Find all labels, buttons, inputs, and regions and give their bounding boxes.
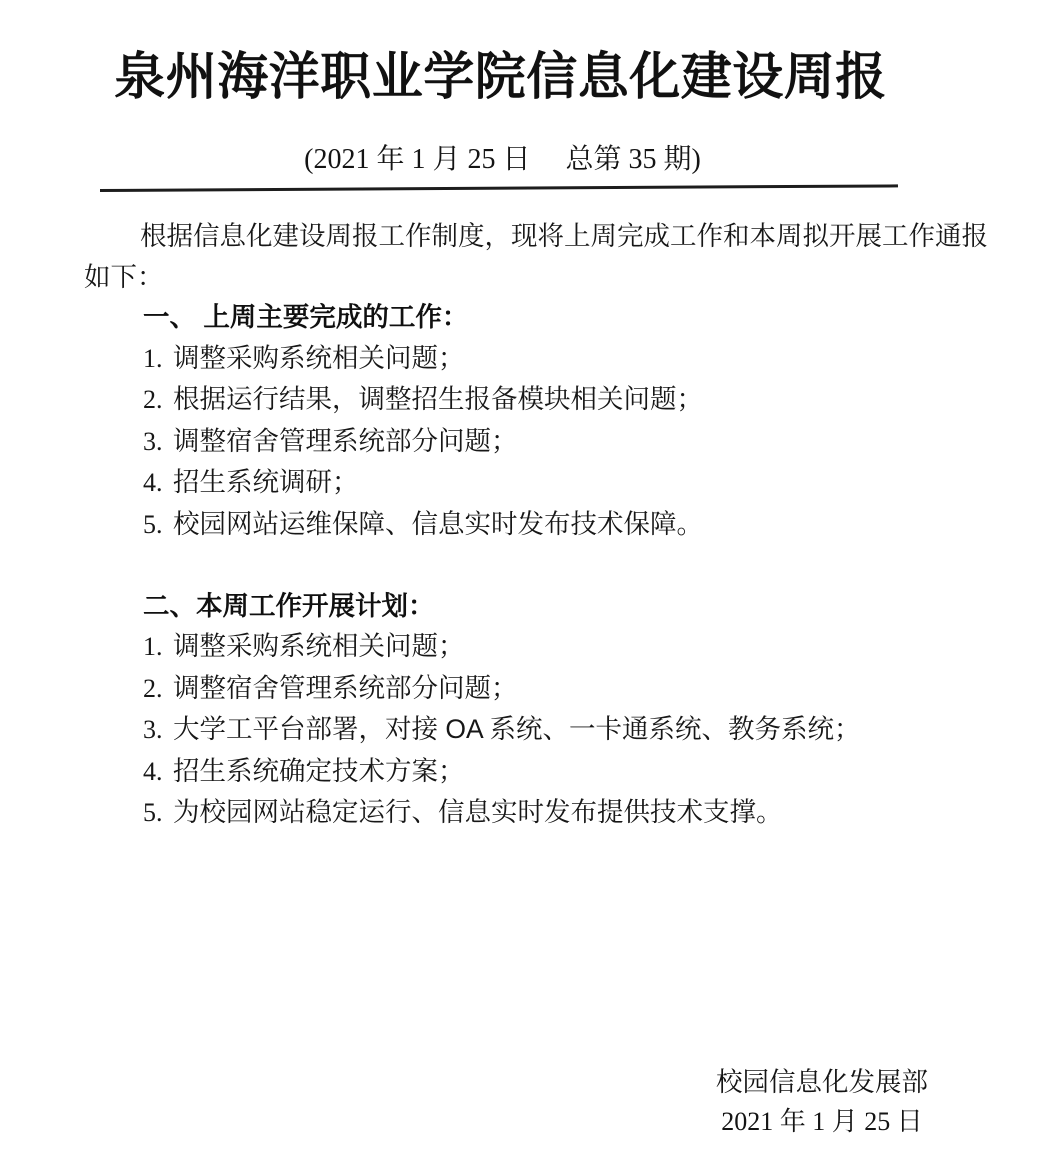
- section-2-item-3: 3.大学工平台部署，对接 OA 系统、一卡通系统、教务系统；: [84, 709, 974, 751]
- section-2-item-5: 5.为校园网站稳定运行、信息实时发布提供技术支撑。: [84, 792, 974, 834]
- item-text: 大学工平台部署，对接 OA 系统、一卡通系统、教务系统；: [173, 709, 861, 750]
- section-1-item-5: 5.校园网站运维保障、信息实时发布技术保障。: [84, 504, 974, 546]
- section-2-item-4: 4.招生系统确定技术方案；: [84, 751, 974, 793]
- section-2-item-1: 1.调整采购系统相关问题；: [84, 626, 974, 668]
- item-number: 2.: [143, 380, 173, 421]
- section-2-heading: 二、本周工作开展计划：: [84, 586, 974, 627]
- item-number: 1.: [143, 339, 173, 380]
- section-2-item-2: 2.调整宿舍管理系统部分问题；: [84, 668, 974, 710]
- item-text: 校园网站运维保障、信息实时发布技术保障。: [173, 504, 703, 545]
- signature-block: 校园信息化发展部 2021 年 1 月 25 日: [716, 1062, 928, 1142]
- item-number: 5.: [143, 793, 173, 834]
- item-text: 招生系统调研；: [173, 462, 359, 503]
- item-text: 调整采购系统相关问题；: [173, 338, 465, 379]
- item-text: 调整宿舍管理系统部分问题；: [173, 668, 518, 709]
- section-1-item-2: 2.根据运行结果，调整招生报备模块相关问题；: [84, 379, 974, 421]
- item-number: 2.: [143, 669, 173, 710]
- intro-line-2: 如下：: [84, 257, 974, 298]
- section-1-item-1: 1.调整采购系统相关问题；: [84, 338, 974, 380]
- item-number: 3.: [143, 422, 173, 463]
- weekly-report-document: 泉州海洋职业学院信息化建设周报 (2021 年 1 月 25 日 总第 35 期…: [0, 0, 1045, 1176]
- item-text: 根据运行结果，调整招生报备模块相关问题；: [173, 379, 703, 420]
- item-text: 调整宿舍管理系统部分问题；: [173, 421, 518, 462]
- item-text: 招生系统确定技术方案；: [173, 751, 465, 792]
- section-1-heading: 一、 上周主要完成的工作：: [84, 297, 974, 338]
- item-number: 1.: [143, 627, 173, 668]
- section-1-item-3: 3.调整宿舍管理系统部分问题；: [84, 421, 974, 463]
- item-number: 5.: [143, 505, 173, 546]
- item-text: 调整采购系统相关问题；: [173, 626, 465, 667]
- item-number: 3.: [143, 710, 173, 751]
- report-body: 根据信息化建设周报工作制度，现将上周完成工作和本周拟开展工作通报 如下： 一、 …: [84, 216, 974, 834]
- divider-line: [100, 184, 898, 192]
- issue-date-line: (2021 年 1 月 25 日 总第 35 期): [0, 141, 1025, 179]
- signature-department: 校园信息化发展部: [716, 1062, 928, 1102]
- item-text: 为校园网站稳定运行、信息实时发布提供技术支撑。: [173, 792, 783, 833]
- intro-line-1: 根据信息化建设周报工作制度，现将上周完成工作和本周拟开展工作通报: [84, 216, 974, 257]
- section-1-item-4: 4.招生系统调研；: [84, 462, 974, 504]
- item-number: 4.: [143, 752, 173, 793]
- page-title: 泉州海洋职业学院信息化建设周报: [0, 0, 1023, 108]
- signature-date: 2021 年 1 月 25 日: [716, 1102, 928, 1142]
- item-number: 4.: [143, 463, 173, 504]
- section-spacer: [84, 545, 974, 586]
